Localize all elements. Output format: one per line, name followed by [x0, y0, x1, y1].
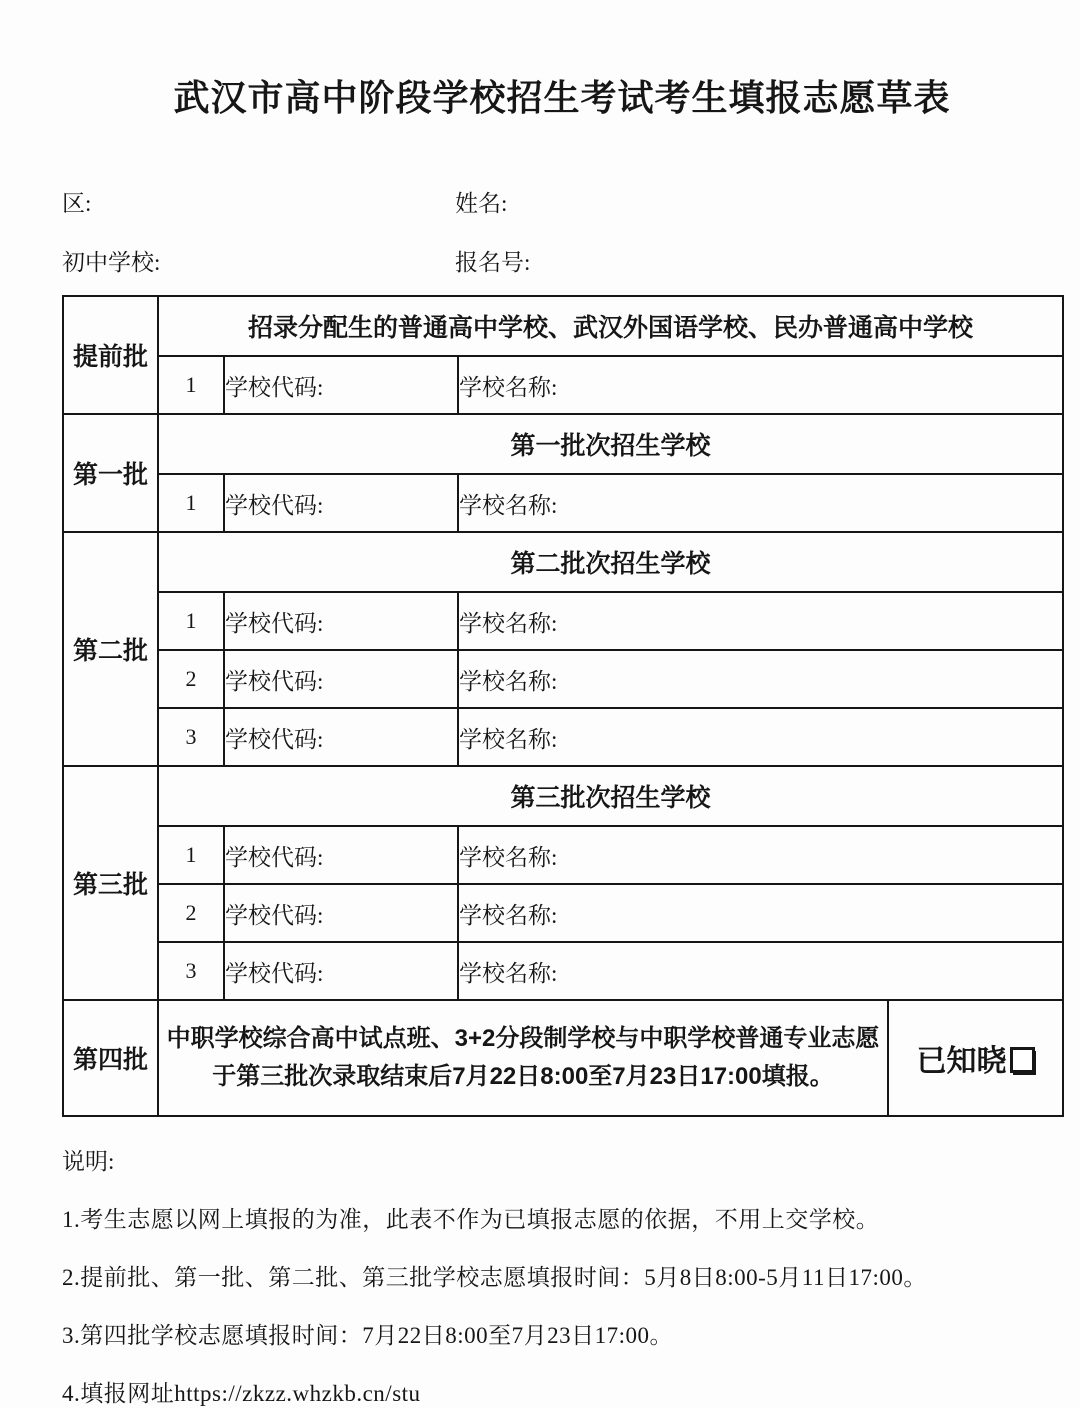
fourth-batch-description: 中职学校综合高中试点班、3+2分段制学校与中职学校普通专业志愿 于第三批次录取结… — [158, 1000, 888, 1116]
note-item: 3.第四批学校志愿填报时间：7月22日8:00至7月23日17:00。 — [62, 1317, 1062, 1350]
row-number: 3 — [158, 942, 224, 1000]
volunteer-table: 提前批 招录分配生的普通高中学校、武汉外国语学校、民办普通高中学校 1 学校代码… — [62, 295, 1064, 1117]
row-number: 2 — [158, 884, 224, 942]
table-row: 1 学校代码: 学校名称: — [63, 826, 1063, 884]
school-name-cell: 学校名称: — [458, 826, 1063, 884]
batch-label-third: 第三批 — [63, 766, 158, 1000]
school-code-cell: 学校代码: — [224, 356, 458, 414]
note-item: 1.考生志愿以网上填报的为准，此表不作为已填报志愿的依据，不用上交学校。 — [62, 1201, 1062, 1234]
batch-label-first: 第一批 — [63, 414, 158, 532]
notes-heading: 说明: — [62, 1143, 1062, 1176]
document-page: 武汉市高中阶段学校招生考试考生填报志愿草表 区: 姓名: 初中学校: 报名号: … — [0, 0, 1080, 1408]
notes-section: 说明: 1.考生志愿以网上填报的为准，此表不作为已填报志愿的依据，不用上交学校。… — [62, 1143, 1062, 1408]
fourth-batch-description-line2: 于第三批次录取结束后7月22日8:00至7月23日17:00填报。 — [159, 1058, 887, 1096]
batch-label-advance: 提前批 — [63, 296, 158, 414]
school-code-cell: 学校代码: — [224, 942, 458, 1000]
row-number: 1 — [158, 474, 224, 532]
section-header-first: 第一批次招生学校 — [158, 414, 1063, 474]
section-header-second: 第二批次招生学校 — [158, 532, 1063, 592]
name-field-label: 姓名: — [455, 185, 1062, 218]
row-number: 1 — [158, 356, 224, 414]
section-header-advance: 招录分配生的普通高中学校、武汉外国语学校、民办普通高中学校 — [158, 296, 1063, 356]
school-name-cell: 学校名称: — [458, 708, 1063, 766]
table-row: 1 学校代码: 学校名称: — [63, 356, 1063, 414]
note-item: 2.提前批、第一批、第二批、第三批学校志愿填报时间：5月8日8:00-5月11日… — [62, 1259, 1062, 1292]
page-title: 武汉市高中阶段学校招生考试考生填报志愿草表 — [62, 70, 1062, 121]
table-row: 3 学校代码: 学校名称: — [63, 708, 1063, 766]
batch-label-fourth: 第四批 — [63, 1000, 158, 1116]
school-name-cell: 学校名称: — [458, 356, 1063, 414]
table-row: 1 学校代码: 学校名称: — [63, 474, 1063, 532]
junior-school-field-label: 初中学校: — [62, 244, 455, 277]
note-item: 4.填报网址https://zkzz.whzkb.cn/stu — [62, 1375, 1062, 1408]
table-row: 2 学校代码: 学校名称: — [63, 884, 1063, 942]
row-number: 2 — [158, 650, 224, 708]
acknowledged-label: 已知晓 — [917, 1045, 1007, 1078]
school-code-cell: 学校代码: — [224, 650, 458, 708]
school-name-cell: 学校名称: — [458, 884, 1063, 942]
school-code-cell: 学校代码: — [224, 592, 458, 650]
table-row: 3 学校代码: 学校名称: — [63, 942, 1063, 1000]
registration-no-field-label: 报名号: — [455, 244, 1062, 277]
acknowledged-checkbox[interactable] — [1010, 1047, 1035, 1073]
school-name-cell: 学校名称: — [458, 474, 1063, 532]
section-header-third: 第三批次招生学校 — [158, 766, 1063, 826]
school-name-cell: 学校名称: — [458, 592, 1063, 650]
school-code-cell: 学校代码: — [224, 884, 458, 942]
school-name-cell: 学校名称: — [458, 650, 1063, 708]
row-number: 1 — [158, 826, 224, 884]
school-code-cell: 学校代码: — [224, 826, 458, 884]
batch-label-second: 第二批 — [63, 532, 158, 766]
table-row: 2 学校代码: 学校名称: — [63, 650, 1063, 708]
school-name-cell: 学校名称: — [458, 942, 1063, 1000]
candidate-info-fields: 区: 姓名: 初中学校: 报名号: — [62, 185, 1062, 277]
district-field-label: 区: — [62, 185, 455, 218]
row-number: 1 — [158, 592, 224, 650]
school-code-cell: 学校代码: — [224, 474, 458, 532]
acknowledged-cell: 已知晓 — [888, 1000, 1063, 1116]
fourth-batch-description-line1: 中职学校综合高中试点班、3+2分段制学校与中职学校普通专业志愿 — [159, 1020, 887, 1058]
row-number: 3 — [158, 708, 224, 766]
school-code-cell: 学校代码: — [224, 708, 458, 766]
table-row: 1 学校代码: 学校名称: — [63, 592, 1063, 650]
